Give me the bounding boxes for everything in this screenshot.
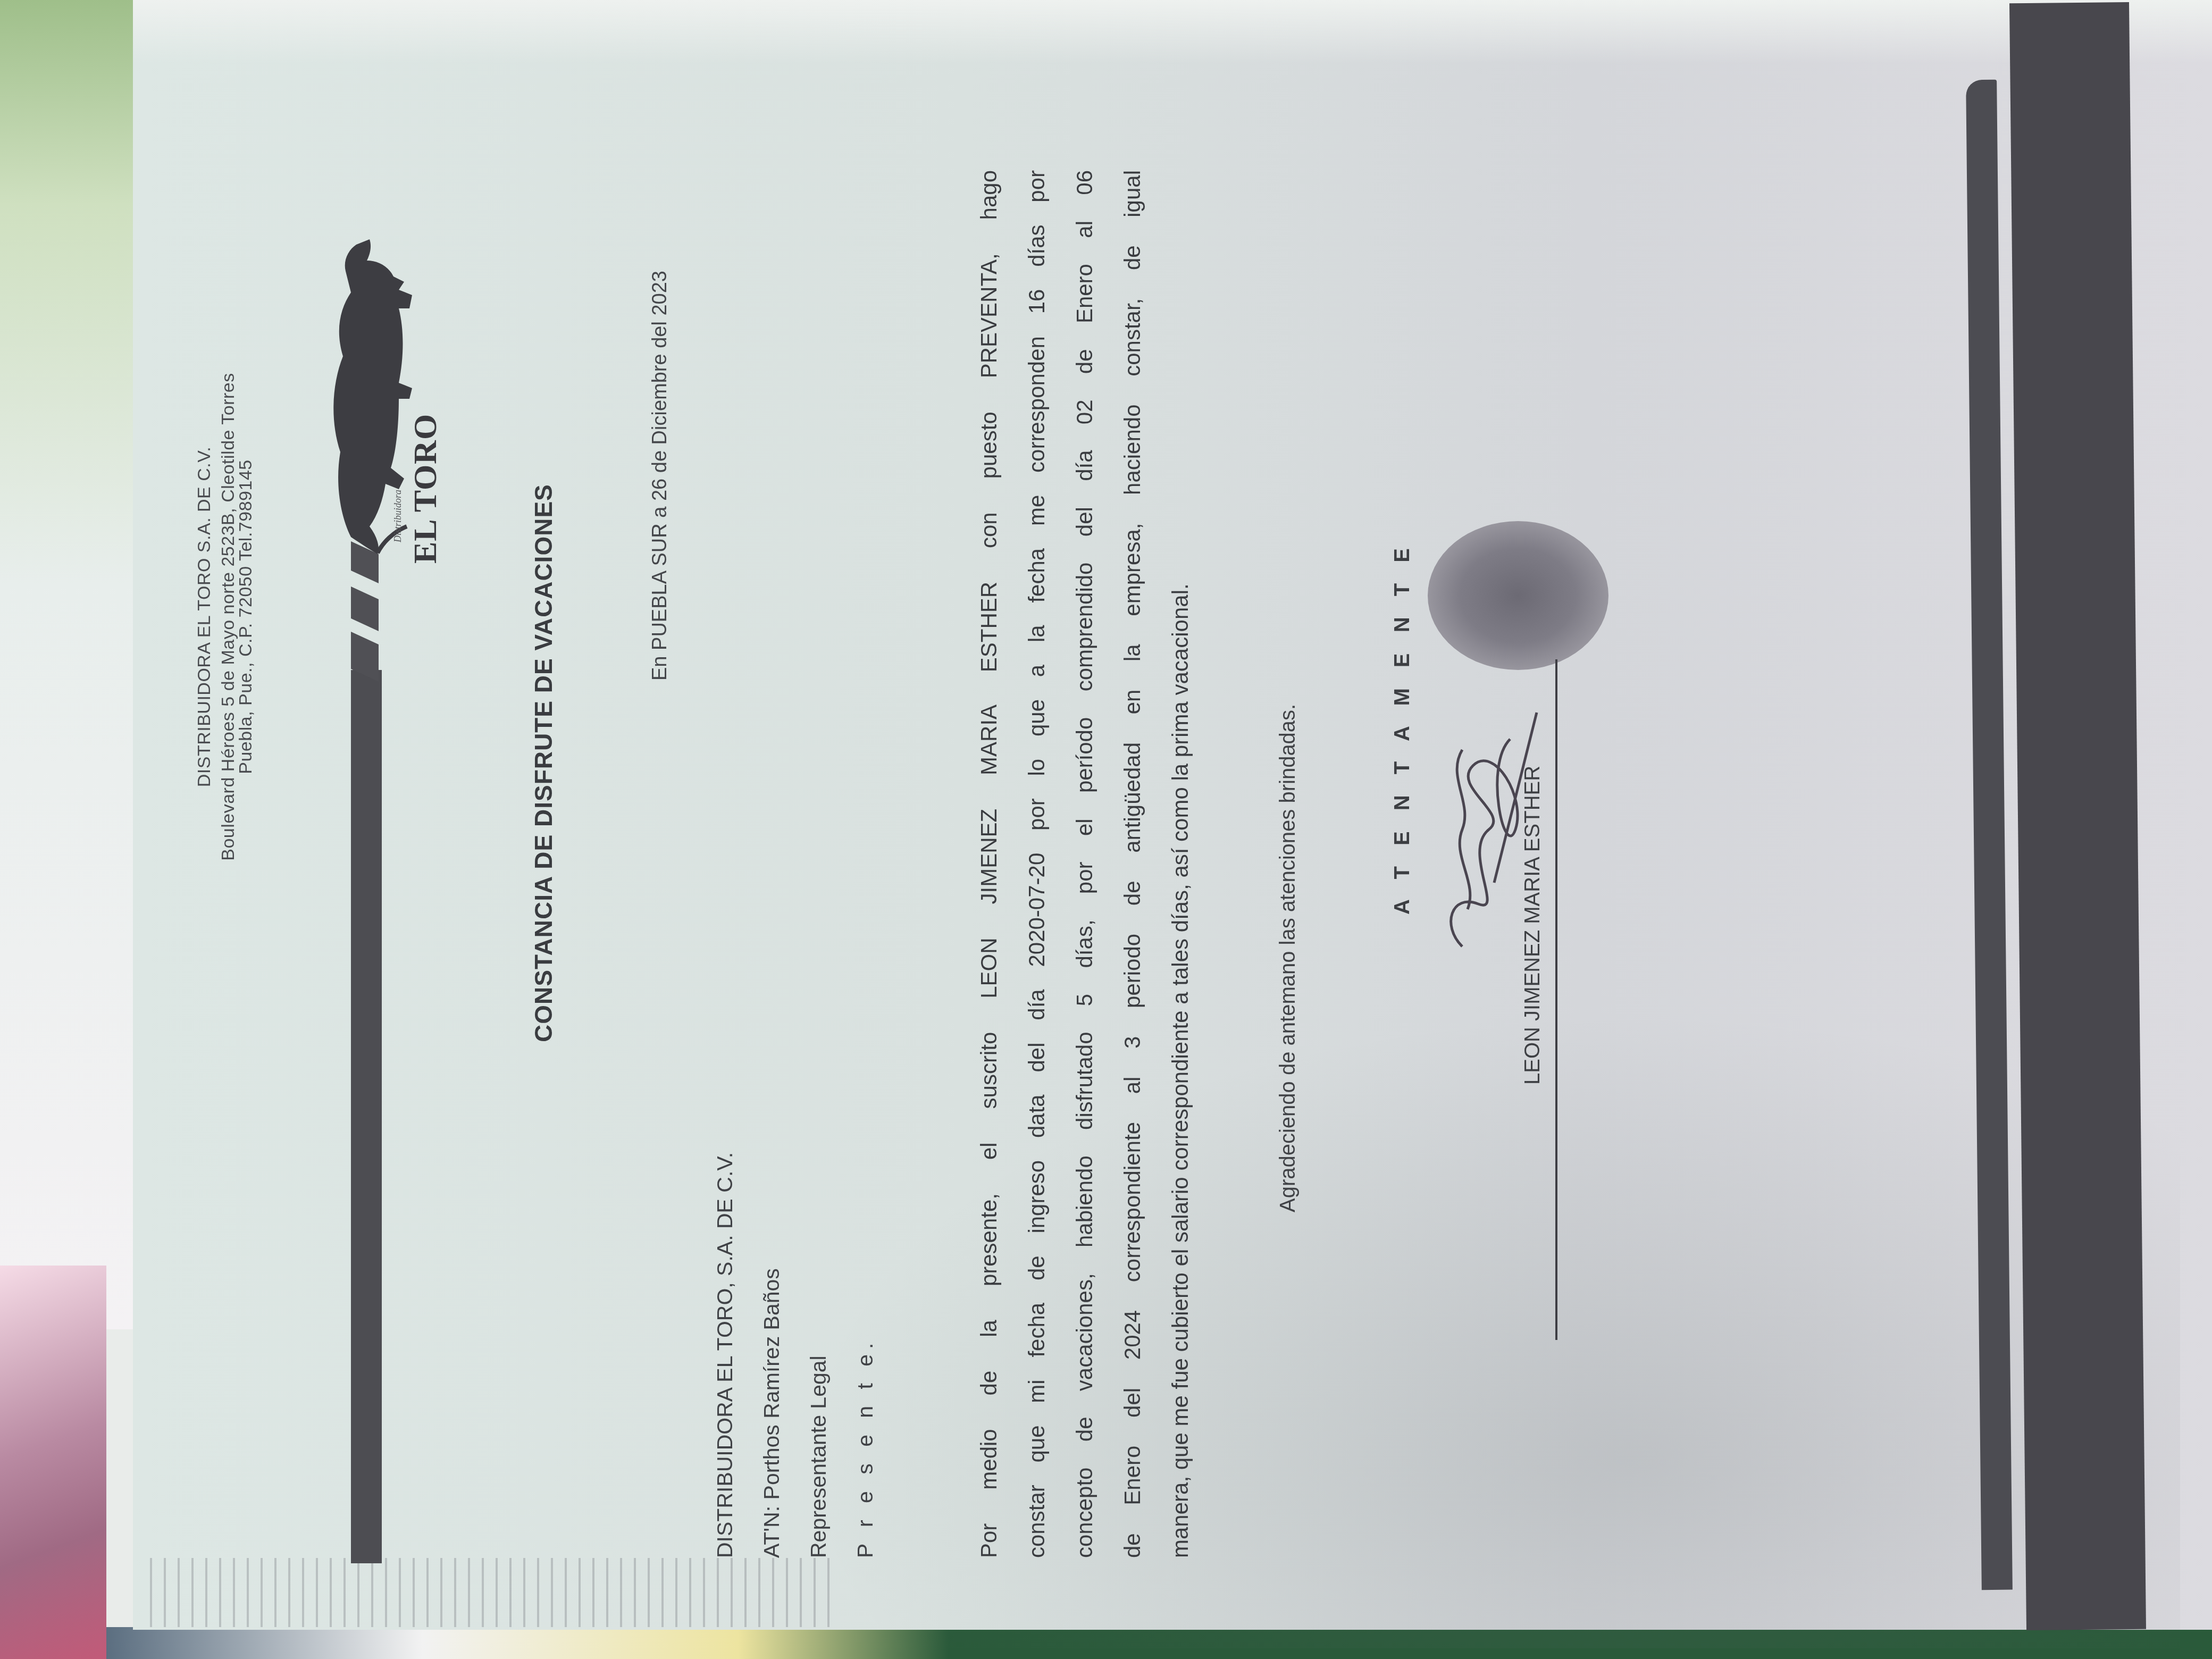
logo-name: EL TORO [407,414,445,564]
letterhead-dash [351,586,379,631]
letterhead-company: DISTRIBUIDORA EL TORO S.A. DE C.V. [194,138,215,1095]
letterhead-address-2: Puebla, Pue., C.P. 72050 Tel.7989145 [236,138,256,1095]
fingerprint-icon [1428,521,1608,670]
background-surface [0,585,138,1329]
vacation-certificate: DISTRIBUIDORA EL TORO S.A. DE C.V. Boule… [138,32,1946,1627]
background-wall [0,0,138,585]
body-line: concepto de vacaciones, habiendo disfrut… [1061,170,1109,1558]
background-fabric [0,1266,106,1659]
document-title: CONSTANCIA DE DISFRUTE DE VACACIONES [529,484,558,1042]
addressee-role: Representante Legal [806,1355,831,1558]
addressee-attention: AT'N: Porthos Ramírez Baños [759,1268,784,1558]
body-line: de Enero del 2024 correspondiente al 3 p… [1109,170,1157,1558]
scanner-artifacts [138,1558,829,1627]
body-line: manera, que me fue cubierto el salario c… [1157,170,1204,1558]
closing-line: Agradeciendo de antemano las atenciones … [1276,704,1300,1212]
body-line: Por medio de la presente, el suscrito LE… [965,170,1013,1558]
logo-subtitle: Distribuidora [392,490,404,542]
signature-icon [1430,670,1569,989]
sign-off: A T E N T A M E N T E [1390,541,1414,915]
letterhead-rule [351,670,382,1563]
place-date: En PUEBLA SUR a 26 de Diciembre del 2023 [649,271,672,681]
signer-name: LEON JIMENEZ MARIA ESTHER [1521,766,1545,1085]
addressee-greeting: P r e s e n t e. [853,1338,878,1559]
addressee-company: DISTRIBUIDORA EL TORO, S.A. DE C.V. [713,1152,738,1558]
body-line: constar que mi fecha de ingreso data del… [1013,170,1061,1558]
signature-line [1555,659,1557,1340]
body-paragraph: Por medio de la presente, el suscrito LE… [965,170,1204,1558]
printer-bar-wide [2009,2,2146,1630]
